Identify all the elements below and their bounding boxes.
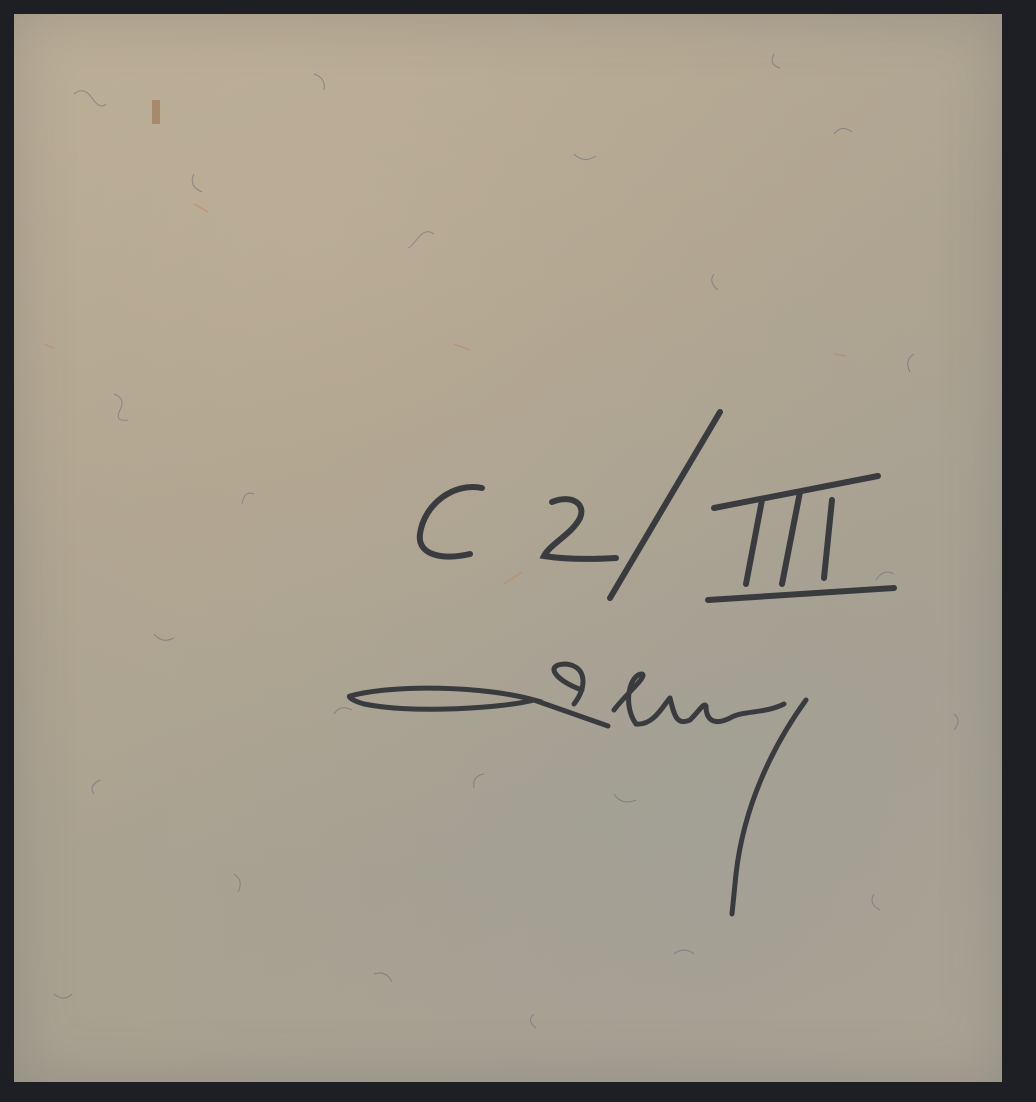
letter-c <box>420 487 482 557</box>
signature-l <box>614 674 670 724</box>
roman-stroke-3 <box>824 500 832 578</box>
signature-flourish <box>349 688 534 709</box>
signature-ny <box>670 698 784 722</box>
stamp-back-paper: C2/III Oleny <box>14 14 1002 1082</box>
digit-2 <box>544 499 616 559</box>
signature-tail <box>534 700 608 726</box>
dark-background: C2/III Oleny <box>0 0 1036 1102</box>
paper-fibers <box>54 54 958 1028</box>
orange-paper-fibers <box>44 204 846 584</box>
roman-stroke-1 <box>746 500 762 584</box>
signature-descender <box>732 700 806 914</box>
paper-speck <box>152 100 160 124</box>
slash <box>610 412 720 598</box>
paper-fibers-and-pencil-marks <box>14 14 1002 1082</box>
signature-o <box>554 664 583 704</box>
roman-stroke-2 <box>782 492 800 584</box>
signature-pencil <box>349 664 806 914</box>
roman-underline <box>708 588 894 600</box>
catalog-mark-pencil <box>420 412 894 600</box>
